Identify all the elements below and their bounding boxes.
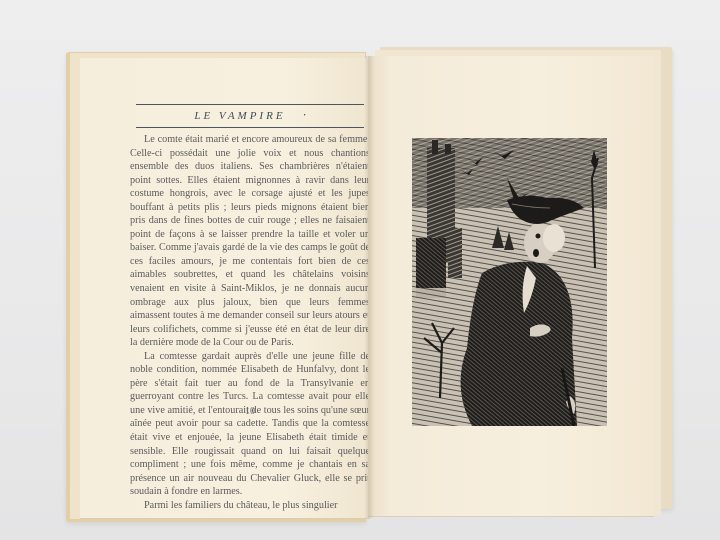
book-gutter (364, 56, 374, 518)
page-number: 10 (230, 406, 270, 417)
ornament-icon: • (304, 113, 306, 119)
paragraph: La comtesse gardait auprès d'elle une je… (130, 350, 370, 499)
running-head-title: LE VAMPIRE (194, 110, 285, 122)
paragraph: Parmi les familiers du château, le plus … (130, 499, 370, 513)
running-head: LE VAMPIRE• (136, 104, 364, 128)
engraving-illustration (412, 138, 607, 426)
paragraph: Le comte était marié et encore amoureux … (130, 133, 370, 350)
body-text: Le comte était marié et encore amoureux … (130, 133, 370, 512)
photo-scene: LE VAMPIRE• Le comte était marié et enco… (0, 0, 720, 540)
right-page (368, 56, 654, 517)
left-page: LE VAMPIRE• Le comte était marié et enco… (80, 58, 370, 519)
